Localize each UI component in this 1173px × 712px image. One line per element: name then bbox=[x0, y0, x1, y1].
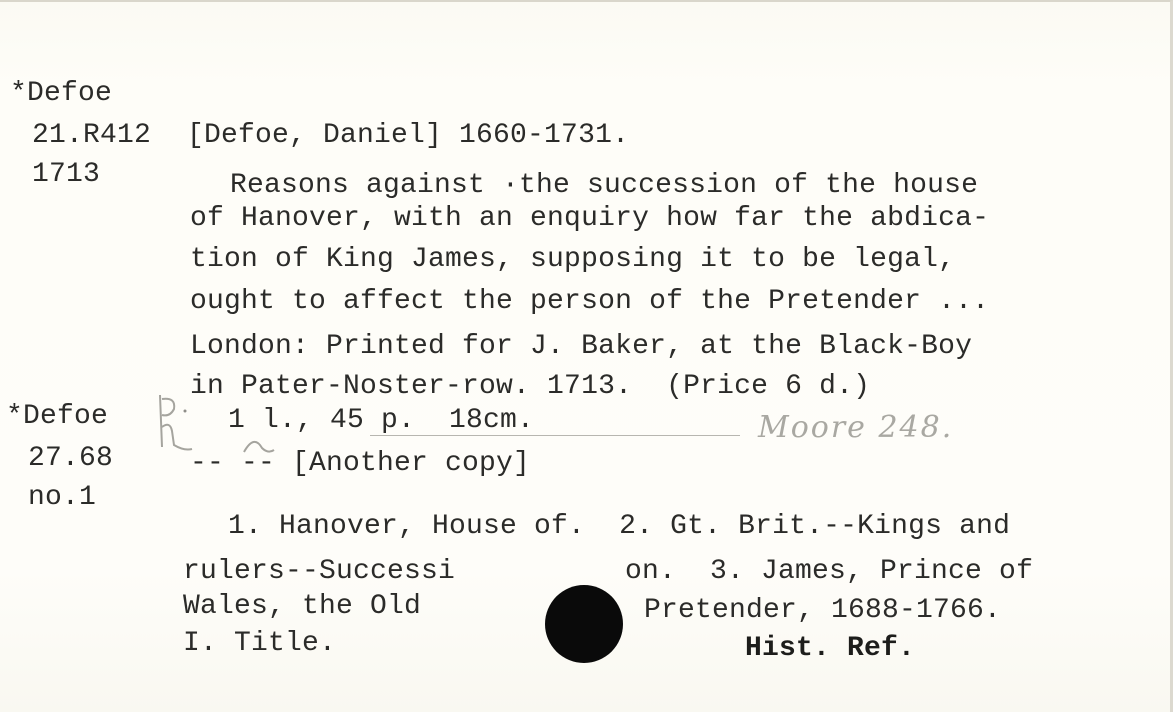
second-call-number-line-2: 27.68 bbox=[28, 444, 113, 474]
second-call-number-line-3: no.1 bbox=[28, 483, 96, 513]
hist-ref-label: Hist. Ref. bbox=[745, 634, 915, 664]
tracings-line-3a: Wales, the Old bbox=[183, 592, 421, 622]
pencil-caret bbox=[240, 430, 280, 460]
author-heading: [Defoe, Daniel] 1660-1731. bbox=[187, 121, 629, 151]
tracings-line-2a: rulers--Successi bbox=[183, 557, 455, 587]
pencil-underline bbox=[370, 435, 740, 436]
tracings-line-1: 1. Hanover, House of. 2. Gt. Brit.--King… bbox=[228, 512, 1010, 542]
title-line-1: Reasons against ·the succession of the h… bbox=[230, 171, 978, 201]
punch-hole bbox=[545, 585, 623, 663]
title-line-4: ought to affect the person of the Preten… bbox=[190, 287, 989, 317]
handwritten-margin-mark bbox=[150, 387, 210, 457]
call-number-line-2: 21.R412 bbox=[32, 121, 151, 151]
second-call-number-line-1: *Defoe bbox=[6, 402, 108, 432]
imprint-line-2: in Pater-Noster-row. 1713. (Price 6 d.) bbox=[190, 372, 870, 402]
title-line-3: tion of King James, supposing it to be l… bbox=[190, 245, 955, 275]
title-line-2: of Hanover, with an enquiry how far the … bbox=[190, 204, 989, 234]
catalog-card: *Defoe 21.R412 1713 [Defoe, Daniel] 1660… bbox=[0, 0, 1173, 712]
tracings-line-2b: on. 3. James, Prince of bbox=[625, 557, 1033, 587]
imprint-line-1: London: Printed for J. Baker, at the Bla… bbox=[190, 332, 972, 362]
call-number-line-3: 1713 bbox=[32, 160, 100, 190]
tracings-line-4a: I. Title. bbox=[183, 629, 336, 659]
call-number-line-1: *Defoe bbox=[10, 79, 112, 109]
handwritten-reference: Moore 248. bbox=[758, 410, 953, 445]
tracings-line-3b: Pretender, 1688-1766. bbox=[644, 596, 1001, 626]
